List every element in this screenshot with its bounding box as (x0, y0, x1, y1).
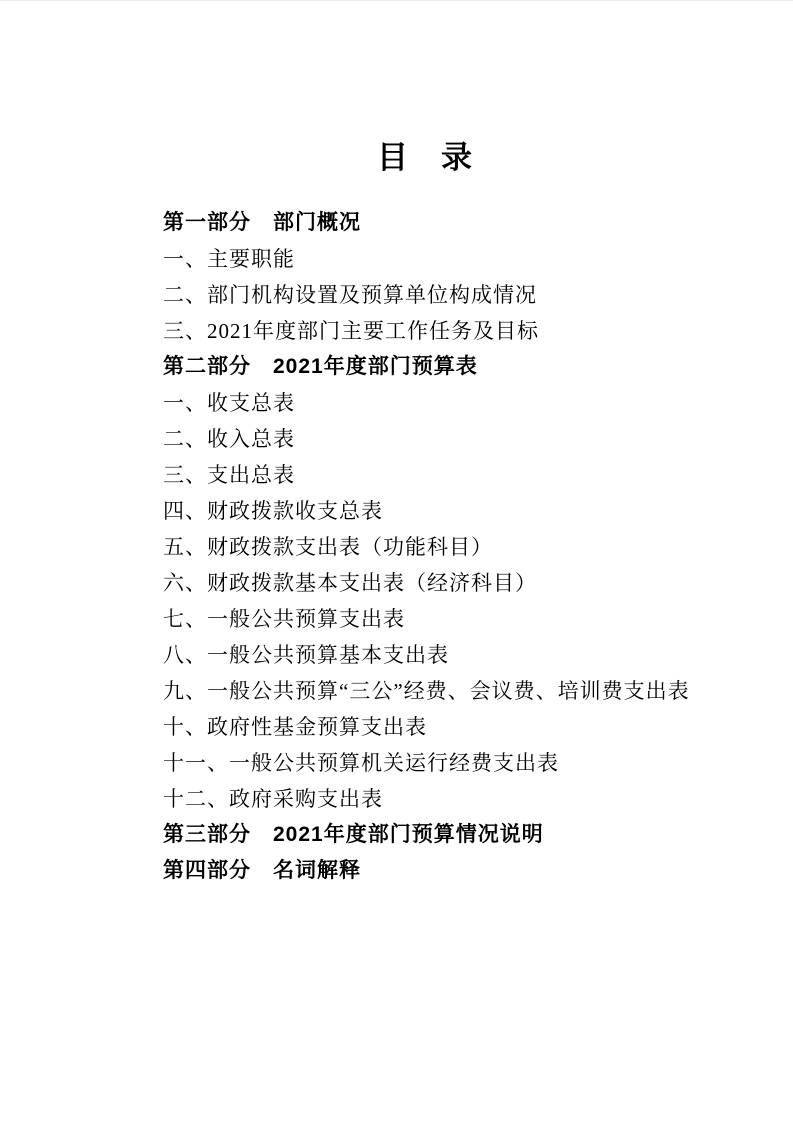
toc-entry: 八、一般公共预算基本支出表 (163, 637, 687, 673)
document-page: 目 录 第一部分 部门概况 一、主要职能 二、部门机构设置及预算单位构成情况 三… (0, 1, 793, 1123)
toc-entry: 二、部门机构设置及预算单位构成情况 (163, 277, 687, 313)
toc-part-heading: 第二部分 2021年度部门预算表 (163, 349, 687, 385)
toc-entry: 三、支出总表 (163, 457, 687, 493)
toc-part-heading: 第一部分 部门概况 (163, 205, 687, 241)
toc-entry: 二、收入总表 (163, 421, 687, 457)
toc-entry: 三、2021年度部门主要工作任务及目标 (163, 313, 687, 349)
toc-entry: 七、一般公共预算支出表 (163, 601, 687, 637)
page-title: 目 录 (163, 139, 687, 177)
toc-entry: 一、收支总表 (163, 385, 687, 421)
toc-entry: 六、财政拨款基本支出表（经济科目） (163, 565, 687, 601)
toc-content: 目 录 第一部分 部门概况 一、主要职能 二、部门机构设置及预算单位构成情况 三… (163, 139, 687, 889)
toc-entry: 四、财政拨款收支总表 (163, 493, 687, 529)
toc-list: 第一部分 部门概况 一、主要职能 二、部门机构设置及预算单位构成情况 三、202… (163, 205, 687, 889)
toc-entry: 十二、政府采购支出表 (163, 781, 687, 817)
toc-part-heading: 第四部分 名词解释 (163, 853, 687, 889)
toc-part-heading: 第三部分 2021年度部门预算情况说明 (163, 817, 687, 853)
toc-entry: 十一、一般公共预算机关运行经费支出表 (163, 745, 687, 781)
toc-entry: 五、财政拨款支出表（功能科目） (163, 529, 687, 565)
toc-entry: 十、政府性基金预算支出表 (163, 709, 687, 745)
toc-entry: 一、主要职能 (163, 241, 687, 277)
toc-entry: 九、一般公共预算“三公”经费、会议费、培训费支出表 (163, 673, 687, 709)
